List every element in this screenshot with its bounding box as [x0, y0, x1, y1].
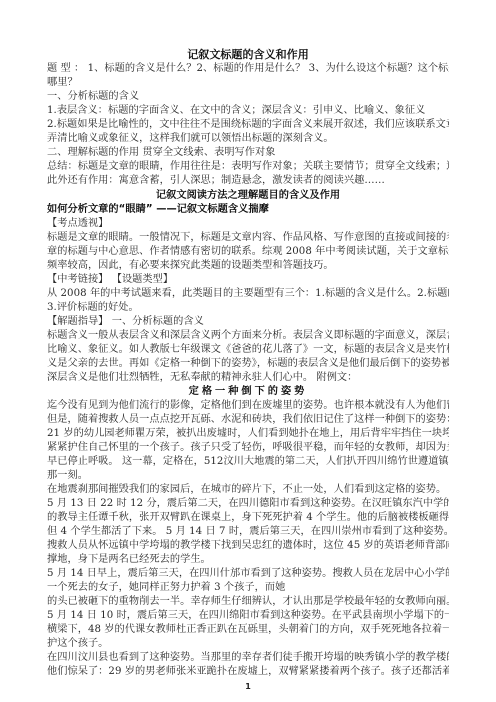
text-line: 1.表层含义：标题的字面含义、在文中的含义；深层含义：引申义、比喻义、象征义 — [47, 104, 449, 118]
section2-title: 记叙文阅读方法之理解题目的含义及作用 — [47, 189, 449, 203]
text-line: 此外还有作用：寓意含蓄，引人深思；制造悬念，激发读者的阅读兴趣…… — [47, 174, 449, 188]
article-line: 在地震刹那间摧毁我们的家园后，在城市的碎片下，不止一处，人们看到这定格的姿势。 — [47, 483, 449, 497]
text-line: 弄清比喻义或象征义，这样我们就可以领悟出标题的深刻含义。 — [47, 132, 449, 146]
text-line: 频率较高，因此，有必要来探究此类题的设题类型和答题技巧。 — [47, 259, 449, 273]
section-heading: 一、分析标题的含义 — [47, 90, 449, 104]
text-line: 2.标题如果是比喻性的，文中往往不是围绕标题的字面含义来展开叙述，我们应该联系文… — [47, 118, 449, 132]
article-line: 5 月 14 日早上，震后第三天，在四川什邡市看到了这种姿势。搜救人员在龙居中心… — [47, 567, 449, 581]
text-line: 深层含义是他们壮烈牺牲，无私奉献的精神永驻人们心中。 附例文： — [47, 371, 449, 385]
article-line: 迄今没有见到为他们流行的影像，定格他们到在废墟里的姿势。也许根本就没有人为他们留… — [47, 399, 449, 413]
document-page: 记叙文标题的含义和作用 题 型 ： 1、标题的含义是什么？2、标题的作用是什么？… — [0, 0, 496, 702]
article-line: 5 月 14 日 10 时，震后第三天，在四川绵阳市看到这种姿势。在平武县南坝小… — [47, 609, 449, 623]
article-line: 撑地，身下是两名已经死去的学生。 — [47, 553, 449, 567]
article-line: 护这个孩子。 — [47, 637, 449, 651]
article-title: 定格一种倒下的姿势 — [47, 385, 449, 399]
article-line: 5 月 13 日 22 时 12 分，震后第二天，在四川德阳市看到这种姿势。在汉… — [47, 497, 449, 511]
article-line: 他们惊呆了：29 岁的男老师张米亚跪扑在废墟上，双臂紧紧搂着两个孩子。孩子还都活… — [47, 665, 449, 679]
article-line: 早已停止呼吸。 这一幕，定格在，512汶川大地震的第二天，人们扒开四川绵竹世遵道… — [47, 455, 449, 469]
document-title: 记叙文标题的含义和作用 — [47, 48, 449, 62]
section2-subtitle: 如何分析文章的“眼睛” ——记叙文标题含义揣摩 — [47, 203, 449, 217]
article-line: 那一刻。 — [47, 469, 449, 483]
article-line: 在四川汶川县也看到了这种姿势。当那里的幸存者们徒手搬开垮塌的映秀镇小学的教学楼的… — [47, 651, 449, 665]
article-line: 但 4 个学生都活了下来。 5 月 14 日 7 时，震后第三天，在四川崇州市看… — [47, 525, 449, 539]
article-line: 的头已被砸下的重物削去一半。幸存师生仔细辨认，才认出那是学校最年轻的女教师向丽。 — [47, 595, 449, 609]
page-number: 1 — [0, 682, 496, 691]
article-line: 横梁下，48 岁的代课女教师杜正香正趴在瓦砾里，头朝着门的方向，双手死死地各拉着… — [47, 623, 449, 637]
text-line: 题 型 ： 1、标题的含义是什么？2、标题的作用是什么？ 3、为什么设这个标题？… — [47, 62, 449, 76]
text-line: 3.评价标题的好处。 — [47, 301, 449, 315]
text-line: 比喻义、象征义。如人教版七年级课文《爸爸的花儿落了》一文，标题的表层含义是夹竹桃… — [47, 343, 449, 357]
article-line: 21 岁的幼儿园老师瞿万荣，被扒出废墟时，人们看到她扑在地上，用后背牢牢挡住一块… — [47, 427, 449, 441]
article-line: 的教导主任谭千秋，张开双臂趴在课桌上，身下死死护着 4 个学生。他的后脑被楼板砸… — [47, 511, 449, 525]
text-line: 【解题指导】 一、分析标题的含义 — [47, 315, 449, 329]
text-line: 【考点透视】 — [47, 217, 449, 231]
article-line: 但是，随着搜救人员一点点挖开瓦砾、水泥和砖块，我们依旧记住了这样一种倒下的姿势： — [47, 413, 449, 427]
text-line: 总结：标题是文章的眼睛，作用往往是：表明写作对象；关联主要情节；贯穿全文线索；透… — [47, 160, 449, 174]
text-line: 章的标题与中心意思、作者情感有密切的联系。综观 2008 年中考阅读试题，关于文… — [47, 245, 449, 259]
article-line: 一个死去的女子，她同样正努力护着 3 个孩子，而她 — [47, 581, 449, 595]
text-line: 从 2008 年的中考试题来看，此类题目的主要题型有三个：1.标题的含义是什么。… — [47, 287, 449, 301]
article-line: 搜救人员从怀远镇中学垮塌的教学楼下找到吴忠红的遗体时，这位 45 岁的英语老师背… — [47, 539, 449, 553]
text-line: 哪里？ — [47, 76, 449, 90]
text-line: 【中考链接】 【设题类型】 — [47, 273, 449, 287]
text-line: 标题含义一般从表层含义和深层含义两个方面来分析。表层含义即标题的字面意义，深层含… — [47, 329, 449, 343]
text-line: 义是父亲的去世。再如《定格一种倒下的姿势》，标题的表层含义是他们最后倒下的姿势被… — [47, 357, 449, 371]
article-line: 紧紧护住自己怀里的一个孩子。孩子只受了轻伤，呼吸很平稳，而年轻的女教师，却因为头… — [47, 441, 449, 455]
text-line: 标题是文章的眼睛。一般情况下，标题是文章内容、作品风格、写作意图的直接或间接的表… — [47, 231, 449, 245]
section-heading: 二、理解标题的作用 贯穿全文线索、表明写作对象 — [47, 146, 449, 160]
